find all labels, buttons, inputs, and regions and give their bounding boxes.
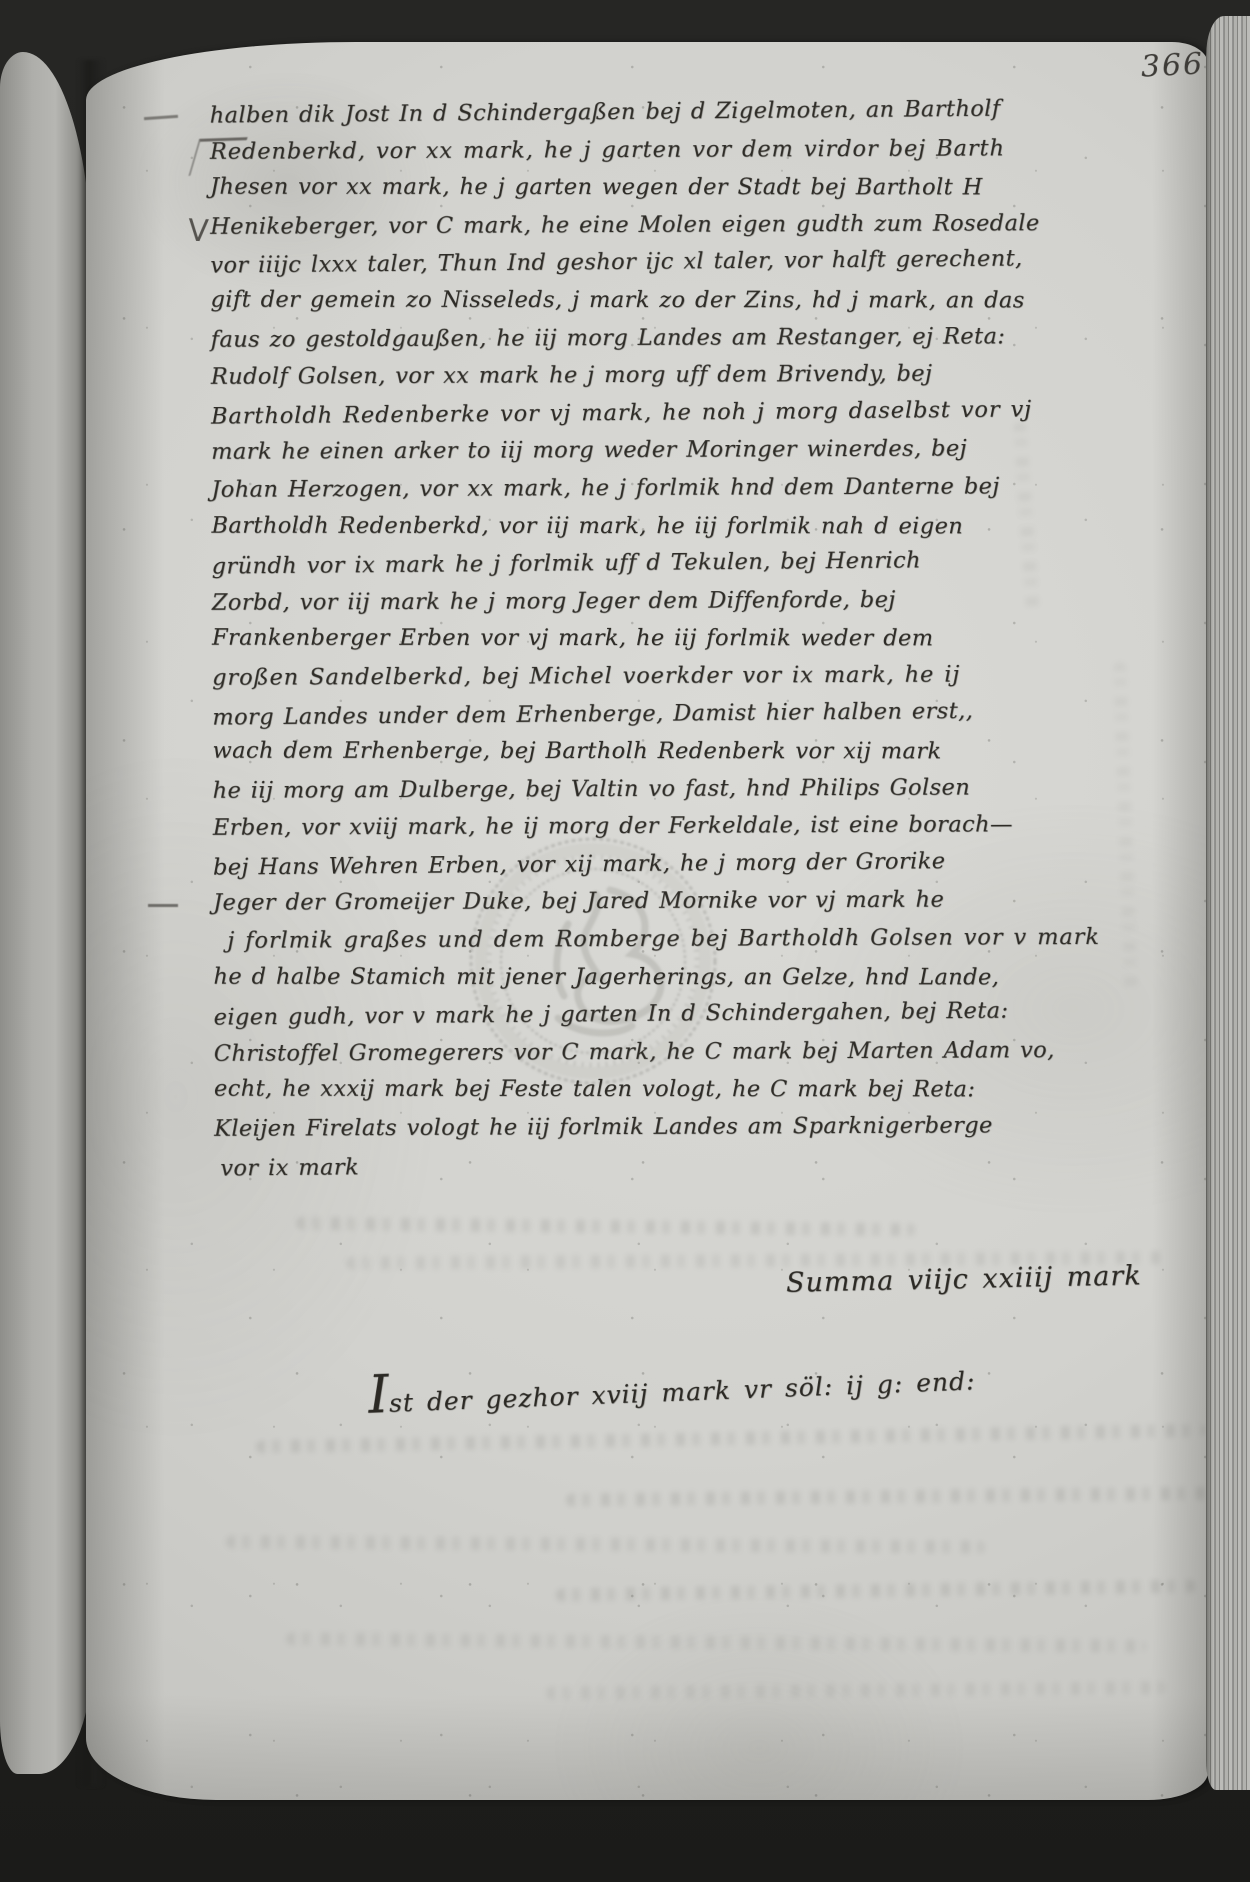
bleed-through-line (556, 1580, 1196, 1602)
margin-dash-mark (144, 115, 178, 120)
bleed-through-line (286, 1632, 1146, 1653)
manuscript-line: vor iiijc lxxx taler, Thun Ind geshor ij… (210, 241, 1020, 286)
manuscript-line: gift der gemein zo Nisseleds, j mark zo … (211, 282, 1021, 320)
manuscript-line: Kleijen Firelats vologt he iij forlmik L… (214, 1107, 1024, 1148)
manuscript-line: Jhesen vor xx mark, he j garten wegen de… (210, 169, 1020, 207)
manuscript-photo: 366c V halben dik Jost In d Schindergaße… (0, 0, 1250, 1882)
manuscript-line: großen Sandelberkd, bej Michel voerkder … (212, 656, 1022, 697)
manuscript-line: morg Landes under dem Erhenberge, Damist… (212, 692, 1022, 737)
bleed-through-line (296, 1217, 916, 1236)
manuscript-line: Frankenberger Erben vor vj mark, he iij … (212, 620, 1022, 658)
bleed-through-line (226, 1535, 986, 1553)
manuscript-line: vor ix mark (214, 1143, 1024, 1188)
closing-line: Ist der gezhor xviij mark vr söl: ij g: … (367, 1342, 976, 1425)
manuscript-line: halben dik Jost In d Schindergaßen bej d… (210, 90, 1020, 135)
manuscript-line: Bartholdh Redenberke vor vj mark, he noh… (211, 391, 1021, 436)
manuscript-line: he iij morg am Dulberge, bej Valtin vo f… (213, 769, 1023, 810)
manuscript-line: Erben, vor xviij mark, he ij morg der Fe… (213, 807, 1023, 848)
bleed-through-line (566, 1487, 1208, 1507)
bleed-through-column (1113, 662, 1138, 992)
manuscript-line: mark he einen arker to iij morg weder Mo… (211, 431, 1021, 472)
manuscript-line: j forlmik graßes und dem Romberge bej Ba… (213, 919, 1023, 960)
manuscript-line: wach dem Erhenberge, bej Bartholh Redenb… (212, 733, 1022, 771)
folio-number: 366c (1140, 46, 1208, 88)
manuscript-line: Bartholdh Redenberkd, vor iij mark, he i… (211, 507, 1021, 545)
manuscript-page: 366c V halben dik Jost In d Schindergaße… (86, 42, 1208, 1800)
manuscript-line: Henikeberger, vor C mark, he eine Molen … (210, 205, 1020, 246)
manuscript-line: Zorbd, vor iij mark he j morg Jeger dem … (212, 581, 1022, 622)
manuscript-text: halben dik Jost In d Schindergaßen bej d… (210, 92, 1025, 1186)
manuscript-line: Christoffel Gromegerers vor C mark, he C… (214, 1032, 1024, 1073)
page-stack-fore-edge (1206, 16, 1250, 1790)
manuscript-line: Jeger der Gromeijer Duke, bej Jared Morn… (213, 882, 1023, 923)
manuscript-line: gründh vor ix mark he j forlmik uff d Te… (212, 542, 1022, 587)
manuscript-line: Redenberkd, vor xx mark, he j garten vor… (210, 130, 1020, 171)
manuscript-line: he d halbe Stamich mit jener Jagerhering… (213, 958, 1023, 996)
manuscript-line: echt, he xxxij mark bej Feste talen volo… (214, 1071, 1024, 1109)
margin-check-mark: V (187, 213, 209, 249)
manuscript-line: bej Hans Wehren Erben, vor xij mark, he … (213, 842, 1023, 887)
folio-number-value: 366 (1140, 47, 1205, 85)
manuscript-line: faus zo gestoldgaußen, he iij morg Lande… (211, 318, 1021, 359)
manuscript-line: eigen gudh, vor v mark he j garten In d … (213, 993, 1023, 1038)
bleed-through-line (256, 1424, 1206, 1454)
margin-dash-mark (148, 904, 178, 907)
manuscript-line: Rudolf Golsen, vor xx mark he j morg uff… (211, 355, 1021, 396)
bleed-through-line (546, 1681, 1166, 1699)
manuscript-line: Johan Herzogen, vor xx mark, he j forlmi… (211, 468, 1021, 509)
